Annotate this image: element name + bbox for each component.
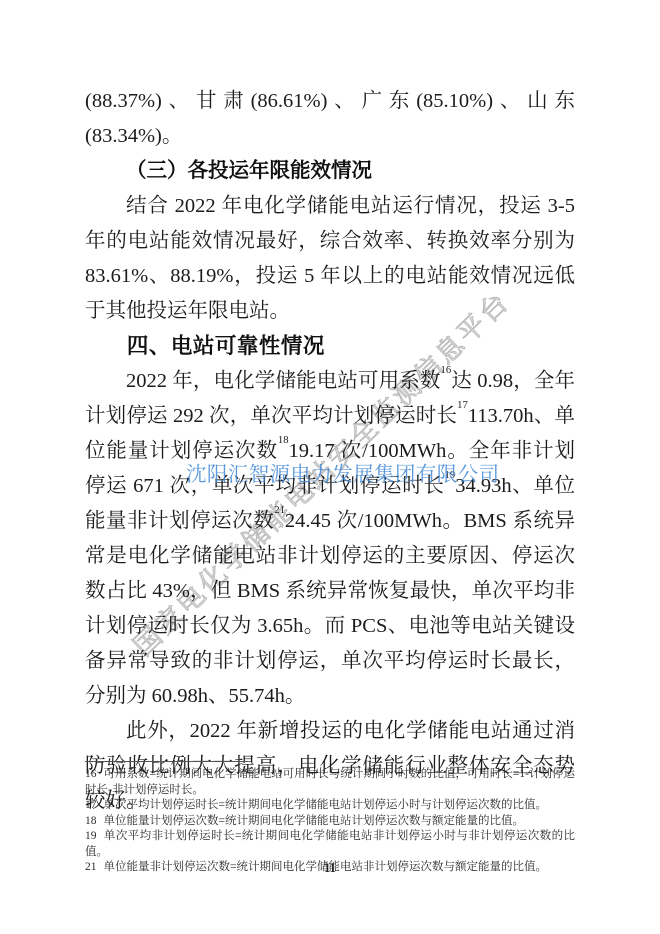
footnote-ref-21: 21 xyxy=(274,505,285,516)
section-heading-3: （三）各投运年限能效情况 xyxy=(85,154,575,189)
footnote-number: 19 xyxy=(85,830,97,842)
section-heading-4: 四、电站可靠性情况 xyxy=(85,329,575,364)
footnote-ref-17: 17 xyxy=(457,400,468,411)
footnote-17: 17单次平均计划停运时长=统计期间电化学储能电站计划停运小时与计划停运次数的比值… xyxy=(85,798,575,814)
document-body: (88.37%)、甘肃(86.61%)、广东(85.10%)、山东(83.34%… xyxy=(85,84,575,819)
paragraph-continuation: (88.37%)、甘肃(86.61%)、广东(85.10%)、山东(83.34%… xyxy=(85,84,575,154)
footnote-text: 单位能量计划停运次数=统计期间电化学储能电站计划停运次数与额定能量的比值。 xyxy=(104,815,524,827)
footnote-text: 单次平均计划停运时长=统计期间电化学储能电站计划停运小时与计划停运次数的比值。 xyxy=(104,799,547,811)
footnote-ref-16: 16 xyxy=(441,365,452,376)
footnote-ref-19: 19 xyxy=(445,470,456,481)
footnote-18: 18单位能量计划停运次数=统计期间电化学储能电站计划停运次数与额定能量的比值。 xyxy=(85,814,575,830)
document-page: 国家电化学储能电站安全监测信息平台 (88.37%)、甘肃(86.61%)、广东… xyxy=(0,0,660,934)
reliability-text-segment: 24.45 次/100MWh。BMS 系统异常是电化学储能电站非计划停运的主要原… xyxy=(85,510,575,707)
footnote-number: 18 xyxy=(85,815,97,827)
footnote-19: 19单次平均非计划停运时长=统计期间电化学储能电站非计划停运小时与非计划停运次数… xyxy=(85,829,575,860)
footnote-text: 单次平均非计划停运时长=统计期间电化学储能电站非计划停运小时与非计划停运次数的比… xyxy=(85,830,575,858)
page-number: 11 xyxy=(0,861,660,876)
footnote-number: 16 xyxy=(85,768,97,780)
paragraph-energy-efficiency: 结合 2022 年电化学储能电站运行情况，投运 3-5 年的电站能效情况最好，综… xyxy=(85,189,575,329)
footnote-number: 17 xyxy=(85,799,97,811)
footnote-separator xyxy=(85,761,248,762)
reliability-text-segment: 2022 年，电化学储能电站可用系数 xyxy=(126,370,441,392)
footnote-text: 可用系数=统计期间电化学储能电站可用时长与统计期间小时数的比值，可用时长=1-计… xyxy=(85,768,575,796)
footnote-ref-18: 18 xyxy=(278,435,289,446)
paragraph-reliability: 2022 年，电化学储能电站可用系数16达 0.98，全年计划停运 292 次，… xyxy=(85,364,575,714)
footnotes-section: 16可用系数=统计期间电化学储能电站可用时长与统计期间小时数的比值，可用时长=1… xyxy=(85,761,575,876)
footnote-16: 16可用系数=统计期间电化学储能电站可用时长与统计期间小时数的比值，可用时长=1… xyxy=(85,767,575,798)
